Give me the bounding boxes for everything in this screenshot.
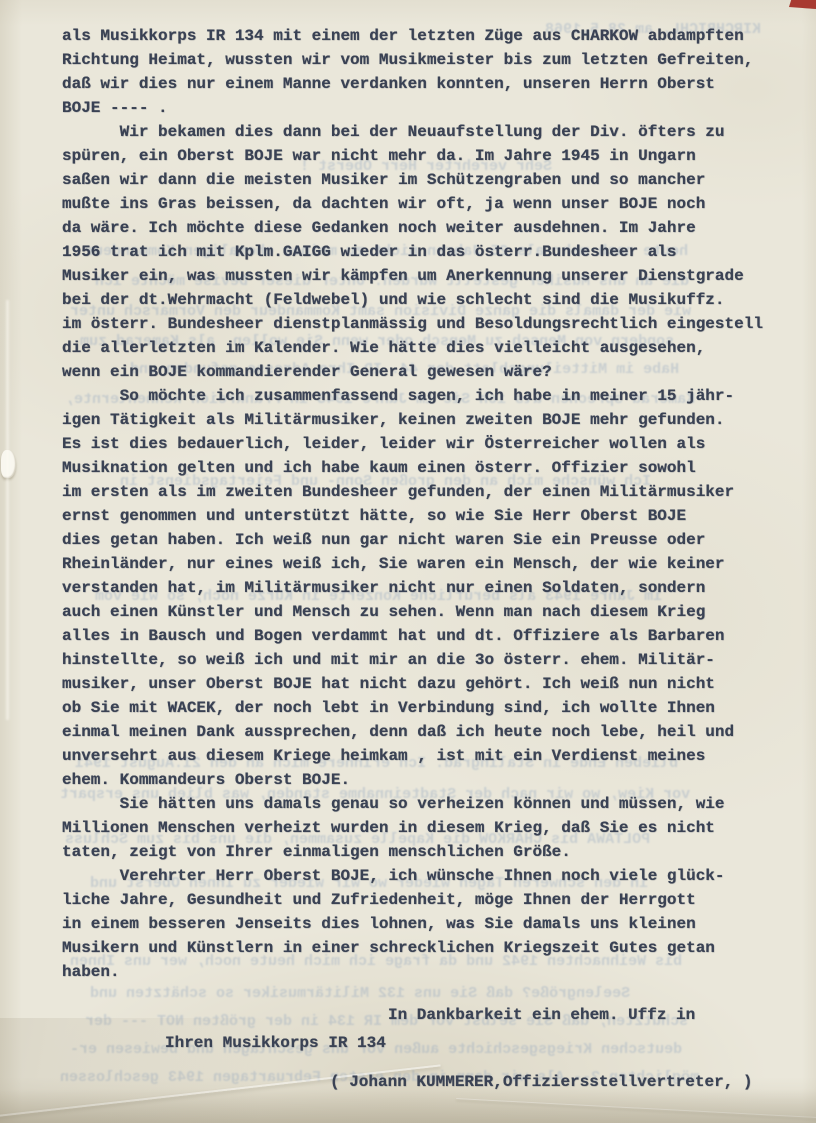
letter-line: saßen wir dann die meisten Musiker im Sc…: [62, 168, 802, 192]
letter-line: igen Tätigkeit als Militärmusiker, keine…: [62, 408, 802, 432]
letter-line: 1956 trat ich mit Kplm.GAIGG wieder in d…: [62, 240, 802, 264]
letter-line: Verehrter Herr Oberst BOJE, ich wünsche …: [62, 864, 802, 888]
letter-line: Musiker ein, was mussten wir kämpfen um …: [62, 264, 802, 288]
letter-page: { "document_type": "typewritten-letter",…: [0, 0, 816, 1123]
letter-line: dies getan haben. Ich weiß nun gar nicht…: [62, 528, 802, 552]
paper-edge-notch: [1, 450, 16, 478]
letter-line: musiker, unser Oberst BOJE hat nicht daz…: [62, 672, 802, 696]
letter-line: Wir bekamen dies dann bei der Neuaufstel…: [62, 120, 802, 144]
letter-line: in einem besseren Jenseits dies lohnen, …: [62, 912, 802, 936]
letter-line: Richtung Heimat, wussten wir vom Musikme…: [62, 48, 802, 72]
letter-line: als Musikkorps IR 134 mit einem der letz…: [62, 24, 802, 48]
letter-line: Sie hätten uns damals genau so verheizen…: [62, 792, 802, 816]
paper-bottom-shade: [0, 1089, 816, 1123]
letter-line: spüren, ein Oberst BOJE war nicht mehr d…: [62, 144, 802, 168]
letter-line: da wäre. Ich möchte diese Gedanken noch …: [62, 216, 802, 240]
signature-line: ( Johann KUMMERER,Offiziersstellvertrete…: [330, 1070, 752, 1094]
letter-line: im österr. Bundesheer dienstplanmässig u…: [62, 312, 802, 336]
letter-line: Millionen Menschen verheizt wurden in di…: [62, 816, 802, 840]
letter-line: taten, zeigt von Ihrer einmaligen mensch…: [62, 840, 802, 864]
letter-line: unversehrt aus diesem Kriege heimkam , i…: [62, 744, 802, 768]
letter-line: hinstellte, so weiß ich und mit mir an d…: [62, 648, 802, 672]
letter-line: haben.: [62, 960, 802, 984]
letter-body: als Musikkorps IR 134 mit einem der letz…: [62, 24, 802, 984]
red-corner-mark: [789, 0, 816, 9]
letter-line: Musikern und Künstlern in einer schreckl…: [62, 936, 802, 960]
letter-line: BOJE ---- .: [62, 96, 802, 120]
letter-line: einmal meinen Dank aussprechen, denn daß…: [62, 720, 802, 744]
letter-line: alles in Bausch und Bogen verdammt hat u…: [62, 624, 802, 648]
letter-line: Musiknation gelten und ich habe kaum ein…: [62, 456, 802, 480]
paper-crease-line-2: [456, 1098, 816, 1119]
letter-line: verstanden hat, im Militärmusiker nicht …: [62, 576, 802, 600]
letter-line: die allerletzten im Kalender. Wie hätte …: [62, 336, 802, 360]
letter-line: Rheinländer, nur eines weiß ich, Sie war…: [62, 552, 802, 576]
letter-line: liche Jahre, Gesundheit und Zufriedenhei…: [62, 888, 802, 912]
letter-line: auch einen Künstler und Mensch zu sehen.…: [62, 600, 802, 624]
paper-left-streak: [6, 300, 9, 720]
letter-line: ernst genommen und unterstützt hätte, so…: [62, 504, 802, 528]
letter-line: Es ist dies bedauerlich, leider, leider …: [62, 432, 802, 456]
closing-line-1: In Dankbarkeit ein ehem. Uffz in: [388, 1003, 695, 1027]
letter-line: im ersten als im zweiten Bundesheer gefu…: [62, 480, 802, 504]
letter-line: bei der dt.Wehrmacht (Feldwebel) und wie…: [62, 288, 802, 312]
letter-line: ehem. Kommandeurs Oberst BOJE.: [62, 768, 802, 792]
closing-line-2: Ihren Musikkorps IR 134: [165, 1031, 386, 1055]
letter-line: wenn ein BOJE kommandierender General ge…: [62, 360, 802, 384]
letter-line: daß wir dies nur einem Manne verdanken k…: [62, 72, 802, 96]
letter-line: mußte ins Gras beissen, da dachten wir o…: [62, 192, 802, 216]
letter-line: So möchte ich zusammenfassend sagen, ich…: [62, 384, 802, 408]
letter-line: ob Sie mit WACEK, der noch lebt in Verbi…: [62, 696, 802, 720]
